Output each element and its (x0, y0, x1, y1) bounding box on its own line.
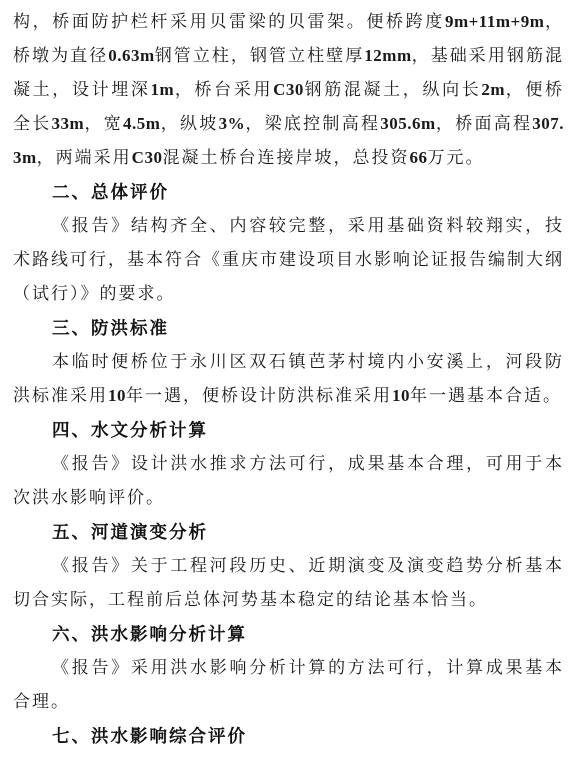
section-heading-river-evolution-analysis: 五、河道演变分析 (13, 515, 564, 549)
section-heading-overall-evaluation: 二、总体评价 (13, 175, 564, 209)
section-heading-flood-control-standard: 三、防洪标准 (13, 311, 564, 345)
paragraph-flood-impact-calculation: 《报告》采用洪水影响分析计算的方法可行，计算成果基本合理。 (13, 651, 564, 719)
document-page: 构，桥面防护栏杆采用贝雷梁的贝雷架。便桥跨度9m+11m+9m，桥墩为直径0.6… (0, 0, 577, 762)
paragraph-bridge-structure-continued: 构，桥面防护栏杆采用贝雷梁的贝雷架。便桥跨度9m+11m+9m，桥墩为直径0.6… (13, 5, 564, 175)
section-heading-flood-impact-calculation: 六、洪水影响分析计算 (13, 617, 564, 651)
paragraph-flood-control-standard: 本临时便桥位于永川区双石镇芭茅村境内小安溪上，河段防洪标准采用10年一遇，便桥设… (13, 345, 564, 413)
paragraph-hydrological-analysis: 《报告》设计洪水推求方法可行，成果基本合理，可用于本次洪水影响评价。 (13, 447, 564, 515)
section-heading-flood-impact-comprehensive-evaluation: 七、洪水影响综合评价 (13, 719, 564, 753)
paragraph-overall-evaluation: 《报告》结构齐全、内容较完整，采用基础资料较翔实，技术路线可行，基本符合《重庆市… (13, 209, 564, 311)
section-heading-hydrological-analysis: 四、水文分析计算 (13, 413, 564, 447)
paragraph-river-evolution-analysis: 《报告》关于工程河段历史、近期演变及演变趋势分析基本切合实际，工程前后总体河势基… (13, 549, 564, 617)
